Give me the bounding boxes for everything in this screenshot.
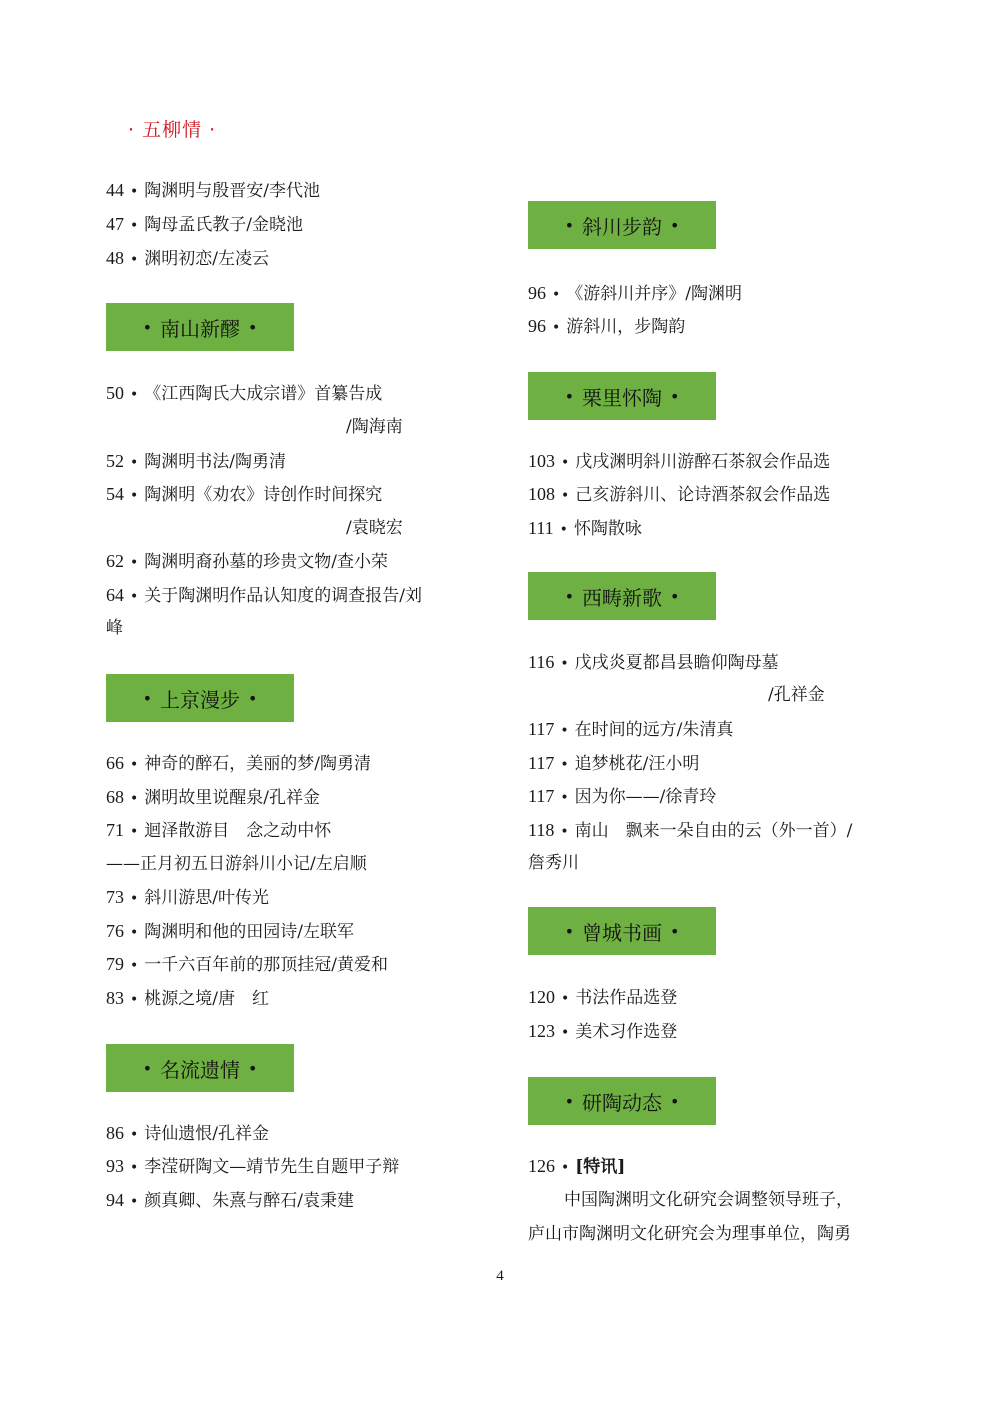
entry-text: 桃源之境/唐 红 bbox=[144, 989, 269, 1009]
section-header-mingliu: •名流遗情• bbox=[106, 1044, 294, 1092]
entry-text: 西畴新歌 bbox=[582, 582, 662, 611]
page-ref: 103 bbox=[528, 451, 555, 471]
bullet-icon: · bbox=[209, 119, 216, 141]
bullet-icon: • bbox=[670, 922, 679, 941]
bullet-icon: • bbox=[130, 555, 138, 571]
toc-entry[interactable]: 86•诗仙遗恨/孔祥金 bbox=[106, 1121, 269, 1147]
page-ref: 116 bbox=[528, 652, 554, 672]
toc-entry[interactable]: 62•陶渊明裔孙墓的珍贵文物/查小荣 bbox=[106, 549, 388, 575]
page-ref: 73 bbox=[106, 887, 124, 907]
bullet-icon: • bbox=[561, 1025, 569, 1041]
toc-entry[interactable]: 48•渊明初恋/左凌云 bbox=[106, 246, 269, 272]
bullet-icon: • bbox=[560, 790, 568, 806]
toc-entry[interactable]: 50•《江西陶氏大成宗谱》首纂告成 bbox=[106, 381, 382, 407]
bullet-icon: • bbox=[565, 922, 574, 941]
bullet-icon: • bbox=[248, 689, 257, 708]
toc-entry[interactable]: 83•桃源之境/唐 红 bbox=[106, 986, 269, 1012]
entry-text: 南山 飘来一朵自由的云（外一首）/ bbox=[575, 821, 853, 841]
bullet-icon: • bbox=[130, 252, 138, 268]
page-ref: 64 bbox=[106, 585, 124, 605]
page-ref: 54 bbox=[106, 484, 124, 504]
toc-entry[interactable]: 54•陶渊明《劝农》诗创作时间探究 bbox=[106, 482, 382, 508]
bullet-icon: • bbox=[552, 287, 560, 303]
bullet-icon: • bbox=[130, 488, 138, 504]
bullet-icon: • bbox=[130, 824, 138, 840]
page-ref: 68 bbox=[106, 787, 124, 807]
entry-text: 名流遗情 bbox=[160, 1054, 240, 1083]
entry-text: 渊明故里说醒泉/孔祥金 bbox=[144, 788, 320, 808]
page-ref: 123 bbox=[528, 1021, 555, 1041]
page-ref: 71 bbox=[106, 820, 124, 840]
toc-entry[interactable]: 123•美术习作选登 bbox=[528, 1019, 677, 1045]
bullet-icon: • bbox=[130, 891, 138, 907]
bullet-icon: • bbox=[565, 587, 574, 606]
page-ref: 83 bbox=[106, 988, 124, 1008]
bullet-icon: • bbox=[248, 318, 257, 337]
entry-text: 美术习作选登 bbox=[575, 1022, 677, 1042]
bullet-icon: • bbox=[130, 925, 138, 941]
entry-text: 陶渊明书法/陶勇清 bbox=[144, 452, 286, 472]
bullet-icon: • bbox=[560, 522, 568, 538]
section-header-shangjing: •上京漫步• bbox=[106, 674, 294, 722]
bullet-icon: • bbox=[670, 1092, 679, 1111]
bullet-icon: • bbox=[670, 216, 679, 235]
entry-text: 关于陶渊明作品认知度的调查报告/刘 bbox=[144, 586, 422, 606]
entry-text: [特讯] bbox=[575, 1157, 625, 1177]
section-header-xichou: •西畴新歌• bbox=[528, 572, 716, 620]
toc-entry-subtitle: ——正月初五日游斜川小记/左启顺 bbox=[106, 852, 367, 876]
bullet-icon: • bbox=[552, 320, 560, 336]
page-number: 4 bbox=[0, 1268, 1000, 1285]
entry-text: 《游斜川并序》/陶渊明 bbox=[566, 284, 742, 304]
page-ref: 66 bbox=[106, 753, 124, 773]
page-ref: 93 bbox=[106, 1156, 124, 1176]
toc-entry[interactable]: 94•颜真卿、朱熹与醉石/袁秉建 bbox=[106, 1188, 354, 1214]
toc-entry[interactable]: 126•[特讯] bbox=[528, 1154, 625, 1180]
toc-entry[interactable]: 118•南山 飘来一朵自由的云（外一首）/ bbox=[528, 818, 852, 844]
entry-text: 书法作品选登 bbox=[575, 988, 677, 1008]
bullet-icon: • bbox=[565, 387, 574, 406]
page-ref: 117 bbox=[528, 753, 554, 773]
bullet-icon: • bbox=[561, 1160, 569, 1176]
bullet-icon: • bbox=[130, 455, 138, 471]
toc-entry[interactable]: 116•戊戌炎夏都昌县瞻仰陶母墓 bbox=[528, 650, 779, 676]
page-ref: 52 bbox=[106, 451, 124, 471]
entry-text: 曾城书画 bbox=[582, 917, 662, 946]
bullet-icon: • bbox=[130, 387, 138, 403]
news-paragraph-line: 中国陶渊明文化研究会调整领导班子， bbox=[564, 1188, 853, 1212]
page-ref: 111 bbox=[528, 518, 554, 538]
toc-entry[interactable]: 64•关于陶渊明作品认知度的调查报告/刘 bbox=[106, 583, 422, 609]
toc-entry[interactable]: 44•陶渊明与殷晋安/李代池 bbox=[106, 178, 320, 204]
page-ref: 117 bbox=[528, 786, 554, 806]
toc-entry[interactable]: 68•渊明故里说醒泉/孔祥金 bbox=[106, 785, 320, 811]
toc-entry[interactable]: 66•神奇的醉石，美丽的梦/陶勇清 bbox=[106, 751, 371, 777]
toc-entry-author: 詹秀川 bbox=[528, 851, 579, 875]
toc-entry-author: 峰 bbox=[106, 616, 123, 640]
page-ref: 47 bbox=[106, 214, 124, 234]
toc-entry[interactable]: 117•在时间的远方/朱清真 bbox=[528, 717, 733, 743]
entry-text: 因为你——/徐青玲 bbox=[575, 787, 717, 807]
entry-text: 陶渊明裔孙墓的珍贵文物/查小荣 bbox=[144, 552, 388, 572]
entry-text: 诗仙遗恨/孔祥金 bbox=[144, 1124, 269, 1144]
bullet-icon: • bbox=[248, 1059, 257, 1078]
toc-entry-author: /袁晓宏 bbox=[346, 516, 403, 540]
toc-entry[interactable]: 103•戊戌渊明斜川游醉石茶叙会作品选 bbox=[528, 449, 830, 475]
toc-entry[interactable]: 79•一千六百年前的那顶挂冠/黄爱和 bbox=[106, 952, 388, 978]
bullet-icon: • bbox=[670, 587, 679, 606]
toc-entry-author: /孔祥金 bbox=[768, 683, 825, 707]
entry-text: 五柳情 bbox=[142, 119, 202, 141]
entry-text: 神奇的醉石，美丽的梦/陶勇清 bbox=[144, 754, 371, 774]
entry-text: 一千六百年前的那顶挂冠/黄爱和 bbox=[144, 955, 388, 975]
bullet-icon: • bbox=[561, 455, 569, 471]
section-header-zengcheng: •曾城书画• bbox=[528, 907, 716, 955]
bullet-icon: • bbox=[670, 387, 679, 406]
toc-entry[interactable]: 93•李滢研陶文—靖节先生自题甲子辩 bbox=[106, 1154, 399, 1180]
page-ref: 94 bbox=[106, 1190, 124, 1210]
bullet-icon: • bbox=[130, 757, 138, 773]
toc-entry[interactable]: 117•追梦桃花/汪小明 bbox=[528, 751, 699, 777]
toc-entry[interactable]: 76•陶渊明和他的田园诗/左联军 bbox=[106, 919, 354, 945]
toc-entry[interactable]: 52•陶渊明书法/陶勇清 bbox=[106, 449, 286, 475]
page-ref: 48 bbox=[106, 248, 124, 268]
page-ref: 76 bbox=[106, 921, 124, 941]
toc-entry[interactable]: 96•《游斜川并序》/陶渊明 bbox=[528, 281, 742, 307]
toc-entry[interactable]: 117•因为你——/徐青玲 bbox=[528, 784, 716, 810]
section-header-yantao: •研陶动态• bbox=[528, 1077, 716, 1125]
bullet-icon: • bbox=[143, 689, 152, 708]
bullet-icon: • bbox=[130, 1160, 138, 1176]
bullet-icon: • bbox=[130, 184, 138, 200]
entry-text: 《江西陶氏大成宗谱》首纂告成 bbox=[144, 384, 382, 404]
page-ref: 118 bbox=[528, 820, 554, 840]
entry-text: 游斜川，步陶韵 bbox=[566, 317, 685, 337]
toc-entry[interactable]: 73•斜川游思/叶传光 bbox=[106, 885, 269, 911]
page-ref: 96 bbox=[528, 283, 546, 303]
entry-text: 陶渊明与殷晋安/李代池 bbox=[144, 181, 320, 201]
page-ref: 117 bbox=[528, 719, 554, 739]
bullet-icon: • bbox=[565, 216, 574, 235]
bullet-icon: • bbox=[130, 958, 138, 974]
section-header-xiechuan: •斜川步韵• bbox=[528, 201, 716, 249]
toc-entry[interactable]: 96•游斜川，步陶韵 bbox=[528, 314, 685, 340]
toc-entry[interactable]: 47•陶母孟氏教子/金晓池 bbox=[106, 212, 303, 238]
page-ref: 44 bbox=[106, 180, 124, 200]
page-ref: 62 bbox=[106, 551, 124, 571]
entry-text: 李滢研陶文—靖节先生自题甲子辩 bbox=[144, 1157, 399, 1177]
bullet-icon: • bbox=[560, 723, 568, 739]
entry-text: 戊戌渊明斜川游醉石茶叙会作品选 bbox=[575, 452, 830, 472]
entry-text: 己亥游斜川、论诗酒茶叙会作品选 bbox=[575, 485, 830, 505]
bullet-icon: • bbox=[561, 991, 569, 1007]
bullet-icon: • bbox=[143, 1059, 152, 1078]
entry-text: 上京漫步 bbox=[160, 684, 240, 713]
entry-text: 栗里怀陶 bbox=[582, 382, 662, 411]
page-ref: 86 bbox=[106, 1123, 124, 1143]
toc-entry[interactable]: 111•怀陶散咏 bbox=[528, 516, 642, 542]
entry-text: 研陶动态 bbox=[582, 1087, 662, 1116]
bullet-icon: • bbox=[565, 1092, 574, 1111]
section-header-nanshan: •南山新醪• bbox=[106, 303, 294, 351]
page-ref: 120 bbox=[528, 987, 555, 1007]
entry-text: 颜真卿、朱熹与醉石/袁秉建 bbox=[144, 1191, 354, 1211]
page-ref: 96 bbox=[528, 316, 546, 336]
page-ref: 126 bbox=[528, 1156, 555, 1176]
section-header-lili: •栗里怀陶• bbox=[528, 372, 716, 420]
entry-text: 在时间的远方/朱清真 bbox=[575, 720, 734, 740]
bullet-icon: • bbox=[560, 656, 568, 672]
toc-entry-author: /陶海南 bbox=[346, 415, 403, 439]
entry-text: 陶渊明《劝农》诗创作时间探究 bbox=[144, 485, 382, 505]
bullet-icon: • bbox=[143, 318, 152, 337]
entry-text: 戊戌炎夏都昌县瞻仰陶母墓 bbox=[575, 653, 779, 673]
bullet-icon: • bbox=[130, 1127, 138, 1143]
bullet-icon: • bbox=[130, 218, 138, 234]
toc-entry[interactable]: 120•书法作品选登 bbox=[528, 985, 677, 1011]
entry-text: 斜川步韵 bbox=[582, 211, 662, 240]
bullet-icon: • bbox=[130, 791, 138, 807]
bullet-icon: • bbox=[130, 992, 138, 1008]
entry-text: 斜川游思/叶传光 bbox=[144, 888, 269, 908]
news-paragraph-line: 庐山市陶渊明文化研究会为理事单位，陶勇 bbox=[528, 1222, 851, 1246]
entry-text: 陶渊明和他的田园诗/左联军 bbox=[144, 922, 354, 942]
page-ref: 50 bbox=[106, 383, 124, 403]
bullet-icon: • bbox=[130, 1194, 138, 1210]
toc-entry[interactable]: 71•迴泽散游目 念之动中怀 bbox=[106, 818, 331, 844]
bullet-icon: · bbox=[128, 119, 135, 141]
toc-entry[interactable]: 108•己亥游斜川、论诗酒茶叙会作品选 bbox=[528, 482, 830, 508]
bullet-icon: • bbox=[560, 757, 568, 773]
entry-text: 陶母孟氏教子/金晓池 bbox=[144, 215, 303, 235]
page-ref: 79 bbox=[106, 954, 124, 974]
page-ref: 108 bbox=[528, 484, 555, 504]
section-header-wuliuqing: · 五柳情 · bbox=[128, 115, 216, 142]
entry-text: 怀陶散咏 bbox=[574, 519, 642, 539]
entry-text: 追梦桃花/汪小明 bbox=[575, 754, 700, 774]
entry-text: 迴泽散游目 念之动中怀 bbox=[144, 821, 331, 841]
bullet-icon: • bbox=[130, 589, 138, 605]
entry-text: 南山新醪 bbox=[160, 313, 240, 342]
bullet-icon: • bbox=[561, 488, 569, 504]
entry-text: 渊明初恋/左凌云 bbox=[144, 249, 269, 269]
bullet-icon: • bbox=[560, 824, 568, 840]
